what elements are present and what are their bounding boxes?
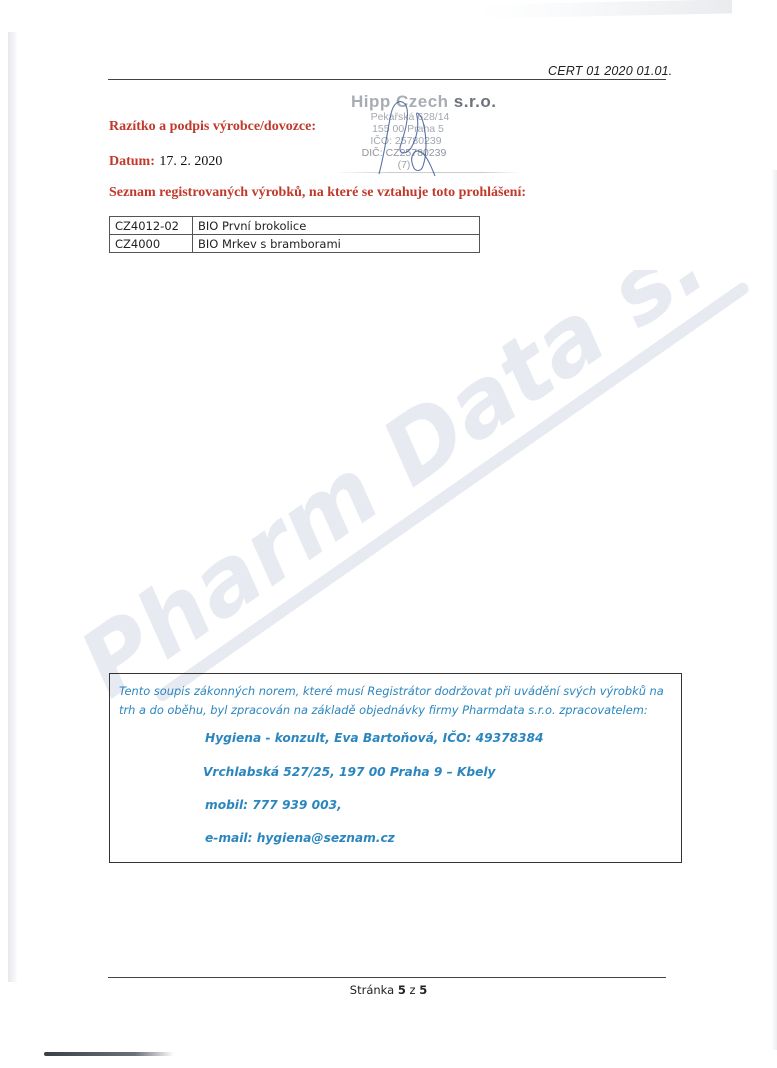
product-code: CZ4000: [110, 235, 193, 253]
product-list-title: Seznam registrovaných výrobků, na které …: [109, 185, 526, 201]
company-stamp: Hipp Czech s.r.o. Pekařská 628/14 155 00…: [335, 92, 525, 182]
table-row: CZ4000 BIO Mrkev s bramborami: [110, 235, 480, 253]
processor-email[interactable]: e-mail: hygiena@seznam.cz: [205, 831, 395, 845]
watermark-text: Pharm Data s. r. o.: [61, 270, 750, 710]
product-code: CZ4012-02: [110, 217, 193, 235]
page-total: 5: [419, 983, 427, 997]
date-value: 17. 2. 2020: [159, 154, 222, 169]
scan-edge-right: [771, 170, 777, 1050]
page-current: 5: [398, 983, 406, 997]
product-table: CZ4012-02 BIO První brokolice CZ4000 BIO…: [109, 216, 480, 253]
date-line: Datum: 17. 2. 2020: [109, 152, 222, 170]
stamp-signature-label: Razítko a podpis výrobce/dovozce:: [109, 119, 316, 135]
product-name: BIO První brokolice: [193, 217, 480, 235]
watermark: Pharm Data s. r. o.: [50, 270, 750, 710]
page-of: z: [410, 983, 416, 997]
processor-phone: mobil: 777 939 003,: [205, 798, 342, 812]
processor-name: Hygiena - konzult, Eva Bartoňová, IČO: 4…: [205, 731, 543, 745]
processor-info-box: Tento soupis zákonných norem, které musí…: [109, 673, 682, 863]
scan-edge-top: [480, 0, 732, 19]
processor-address: Vrchlabská 527/25, 197 00 Praha 9 – Kbel…: [203, 765, 495, 779]
table-row: CZ4012-02 BIO První brokolice: [110, 217, 480, 235]
document-code: CERT 01 2020 01.01.: [548, 64, 673, 78]
page-number: Stránka 5 z 5: [0, 983, 777, 997]
page-word: Stránka: [350, 983, 394, 997]
header-divider: [108, 79, 666, 80]
signature-icon: [335, 92, 525, 187]
date-label: Datum:: [109, 154, 155, 169]
product-name: BIO Mrkev s bramborami: [193, 235, 480, 253]
scan-edge-bottom: [44, 1052, 174, 1056]
footer-divider: [108, 977, 666, 978]
scan-edge-left: [8, 32, 18, 982]
info-intro-text: Tento soupis zákonných norem, které musí…: [119, 682, 679, 720]
